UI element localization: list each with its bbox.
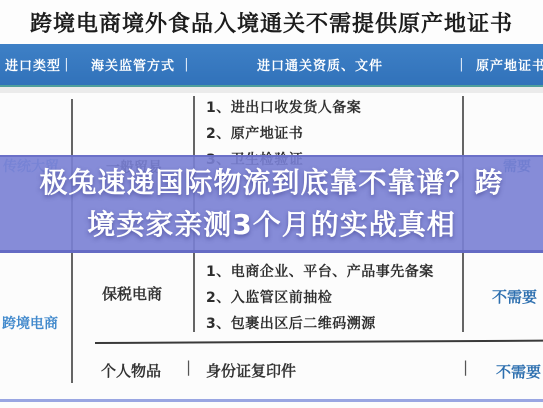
- doc-item: 1、进出口收发货人备案: [206, 97, 361, 117]
- header-separator: |: [181, 44, 193, 85]
- headline-overlay: 极兔速递国际物流到底靠不靠谱？跨 境卖家亲测3个月的实战真相: [0, 155, 543, 253]
- doc-item: 3、包裹出区后二维码溯源: [206, 313, 376, 333]
- table-header: 进口类型 | 海关监管方式 | 进口通关资质、文件 | 原产地证书: [0, 44, 543, 87]
- header-clearance-docs: 进口通关资质、文件: [230, 44, 410, 85]
- row-divider-line: [95, 340, 543, 344]
- mode-label: 个人物品: [101, 360, 161, 381]
- divider-strip: [0, 87, 543, 93]
- header-separator: |: [456, 44, 468, 85]
- mode-label: 保税电商: [102, 283, 162, 304]
- header-origin-cert: 原产地证书: [476, 44, 543, 85]
- cell-separator: |: [463, 358, 468, 376]
- not-required-badge: 不需要: [496, 361, 541, 382]
- bottom-accent-line: [0, 399, 543, 402]
- doc-item: 2、原产地证书: [206, 123, 303, 143]
- header-import-type: 进口类型: [0, 44, 66, 85]
- doc-item: 身份证复印件: [206, 360, 296, 381]
- headline-line-1: 极兔速递国际物流到底靠不靠谱？跨: [39, 162, 503, 204]
- category-label: 跨境电商: [2, 313, 58, 333]
- doc-item: 2、入监管区前抽检: [206, 287, 332, 307]
- headline-line-2: 境卖家亲测3个月的实战真相: [87, 204, 455, 246]
- page-title: 跨境电商境外食品入境通关不需提供原产地证书: [0, 0, 543, 44]
- doc-item: 1、电商企业、平台、产品事先备案: [206, 261, 434, 281]
- infographic: 跨境电商境外食品入境通关不需提供原产地证书 进口类型 | 海关监管方式 | 进口…: [0, 0, 543, 408]
- not-required-badge: 不需要: [492, 286, 537, 307]
- header-customs-mode: 海关监管方式: [80, 44, 186, 85]
- header-separator: |: [61, 44, 73, 85]
- cell-separator: |: [186, 358, 191, 376]
